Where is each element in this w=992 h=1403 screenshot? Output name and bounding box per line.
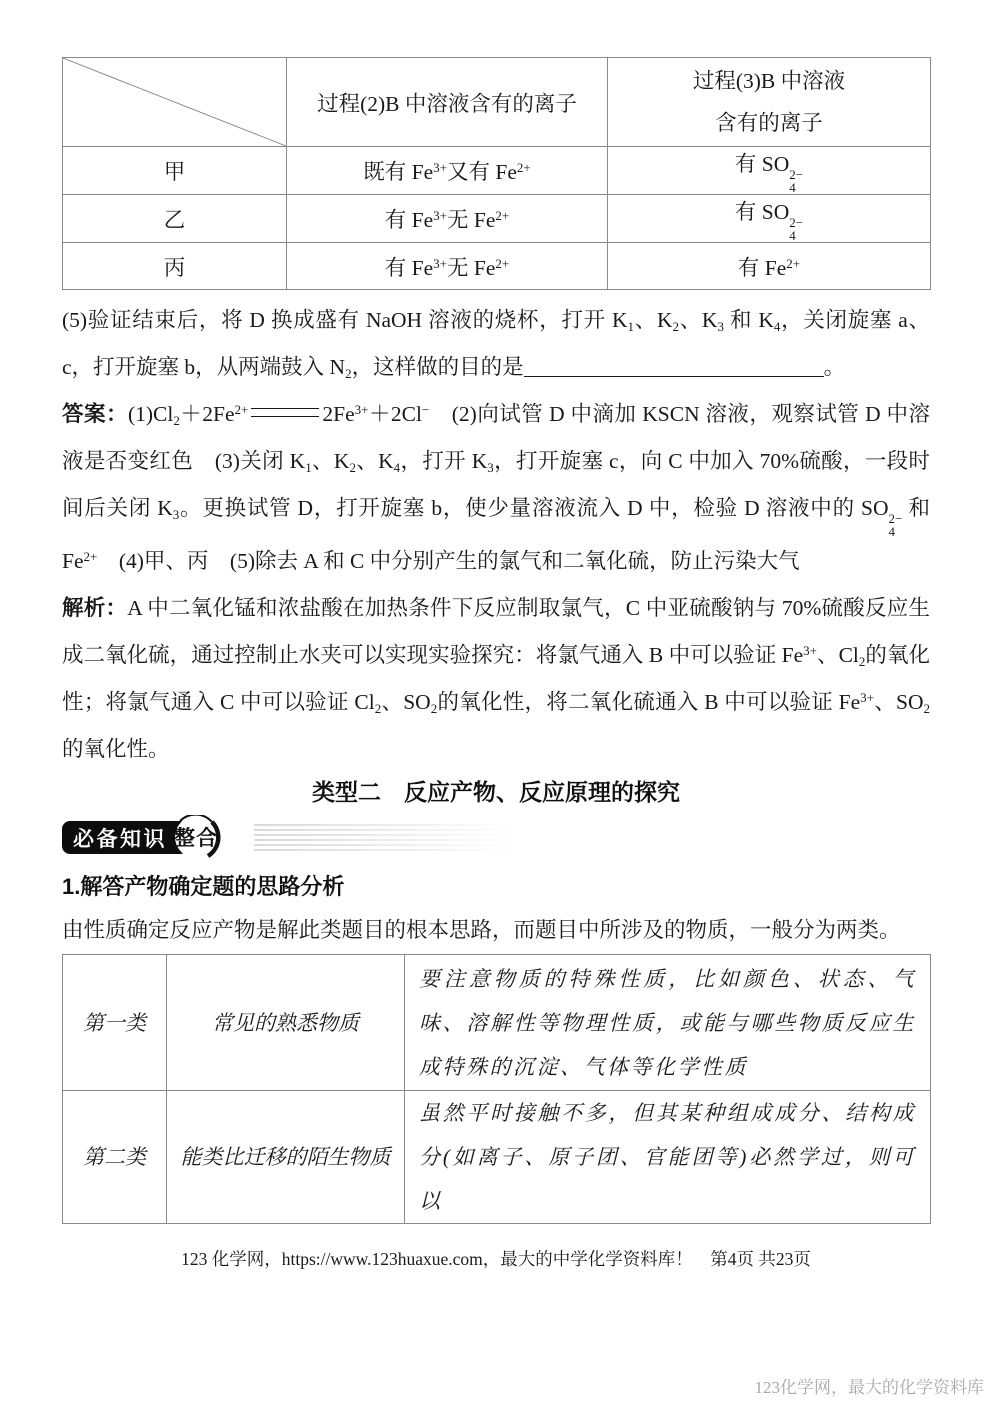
row-label: 乙 xyxy=(63,195,287,243)
analysis-text: A 中二氧化锰和浓盐酸在加热条件下反应制取氯气，C 中亚硫酸钠与 70%硫酸反应… xyxy=(62,596,930,761)
class-label: 第一类 xyxy=(63,955,167,1091)
row-label: 丙 xyxy=(63,243,287,290)
knowledge-subheading: 1.解答产物确定题的思路分析 xyxy=(62,867,930,907)
row-cell: 有 Fe3+无 Fe2+ xyxy=(287,243,608,290)
document-page: 过程(2)B 中溶液含有的离子 过程(3)B 中溶液 含有的离子 甲 既有 Fe… xyxy=(0,0,992,1403)
question-5-text: (5)验证结束后，将 D 换成盛有 NaOH 溶液的烧杯，打开 K1、K2、K3… xyxy=(62,297,930,391)
class-name: 常见的熟悉物质 xyxy=(167,955,405,1091)
ions-table: 过程(2)B 中溶液含有的离子 过程(3)B 中溶液 含有的离子 甲 既有 Fe… xyxy=(62,57,931,290)
table-row-bing: 丙 有 Fe3+无 Fe2+ 有 Fe2+ xyxy=(63,243,931,290)
header-line-1: 过程(3)B 中溶液 xyxy=(612,60,926,102)
table-row-yi: 乙 有 Fe3+无 Fe2+ 有 SO2−4 xyxy=(63,195,931,243)
table-header-process2: 过程(2)B 中溶液含有的离子 xyxy=(287,58,608,147)
row-label: 甲 xyxy=(63,147,287,195)
table-header-process3-lines: 过程(3)B 中溶液 含有的离子 xyxy=(612,60,926,144)
analysis-paragraph: 解析：A 中二氧化锰和浓盐酸在加热条件下反应制取氯气，C 中亚硫酸钠与 70%硫… xyxy=(62,585,930,773)
classification-table: 第一类 常见的熟悉物质 要注意物质的特殊性质，比如颜色、状态、气味、溶解性等物理… xyxy=(62,954,931,1224)
header-line-2: 含有的离子 xyxy=(612,102,926,144)
badge-left-label: 必备知识 xyxy=(73,827,167,851)
page-footer: 123 化学网，https://www.123huaxue.com，最大的中学化… xyxy=(62,1248,930,1270)
badge-stripes-decoration xyxy=(254,824,526,851)
knowledge-badge: 必备知识 整合 xyxy=(62,815,252,859)
diagonal-header-cell xyxy=(63,58,287,147)
row-cell: 有 Fe3+无 Fe2+ xyxy=(287,195,608,243)
table-header-process3: 过程(3)B 中溶液 含有的离子 xyxy=(608,58,931,147)
answer-paragraph: 答案：(1)Cl2＋2Fe2+2Fe3+＋2Cl− (2)向试管 D 中滴加 K… xyxy=(62,391,930,585)
row-cell: 既有 Fe3+又有 Fe2+ xyxy=(287,147,608,195)
page-content: 过程(2)B 中溶液含有的离子 过程(3)B 中溶液 含有的离子 甲 既有 Fe… xyxy=(0,0,992,1270)
diagonal-line-icon xyxy=(63,58,286,146)
table-row-class1: 第一类 常见的熟悉物质 要注意物质的特殊性质，比如颜色、状态、气味、溶解性等物理… xyxy=(63,955,931,1091)
class-description: 虽然平时接触不多，但其某种组成成分、结构成分(如离子、原子团、官能团等)必然学过… xyxy=(405,1091,931,1224)
answer-text: (1)Cl2＋2Fe2+2Fe3+＋2Cl− (2)向试管 D 中滴加 KSCN… xyxy=(62,402,930,573)
knowledge-intro: 由性质确定反应产物是解此类题目的根本思路，而题目中所涉及的物质，一般分为两类。 xyxy=(62,907,930,954)
table-row-class2: 第二类 能类比迁移的陌生物质 虽然平时接触不多，但其某种组成成分、结构成分(如离… xyxy=(63,1091,931,1224)
table-row-jia: 甲 既有 Fe3+又有 Fe2+ 有 SO2−4 xyxy=(63,147,931,195)
row-cell: 有 Fe2+ xyxy=(608,243,931,290)
row-cell: 有 SO2−4 xyxy=(608,195,931,243)
class-description: 要注意物质的特殊性质，比如颜色、状态、气味、溶解性等物理性质，或能与哪些物质反应… xyxy=(405,955,931,1091)
badge-right-label: 整合 xyxy=(174,826,218,850)
answer-label: 答案： xyxy=(62,402,128,426)
row-cell: 有 SO2−4 xyxy=(608,147,931,195)
class-label: 第二类 xyxy=(63,1091,167,1224)
watermark: 123化学网，最大的化学资料库 xyxy=(755,1373,985,1398)
table-header-row: 过程(2)B 中溶液含有的离子 过程(3)B 中溶液 含有的离子 xyxy=(63,58,931,147)
section-heading: 类型二 反应产物、反应原理的探究 xyxy=(62,775,930,809)
class-name: 能类比迁移的陌生物质 xyxy=(167,1091,405,1224)
analysis-label: 解析： xyxy=(62,596,127,620)
knowledge-badge-row: 必备知识 整合 xyxy=(62,815,930,859)
